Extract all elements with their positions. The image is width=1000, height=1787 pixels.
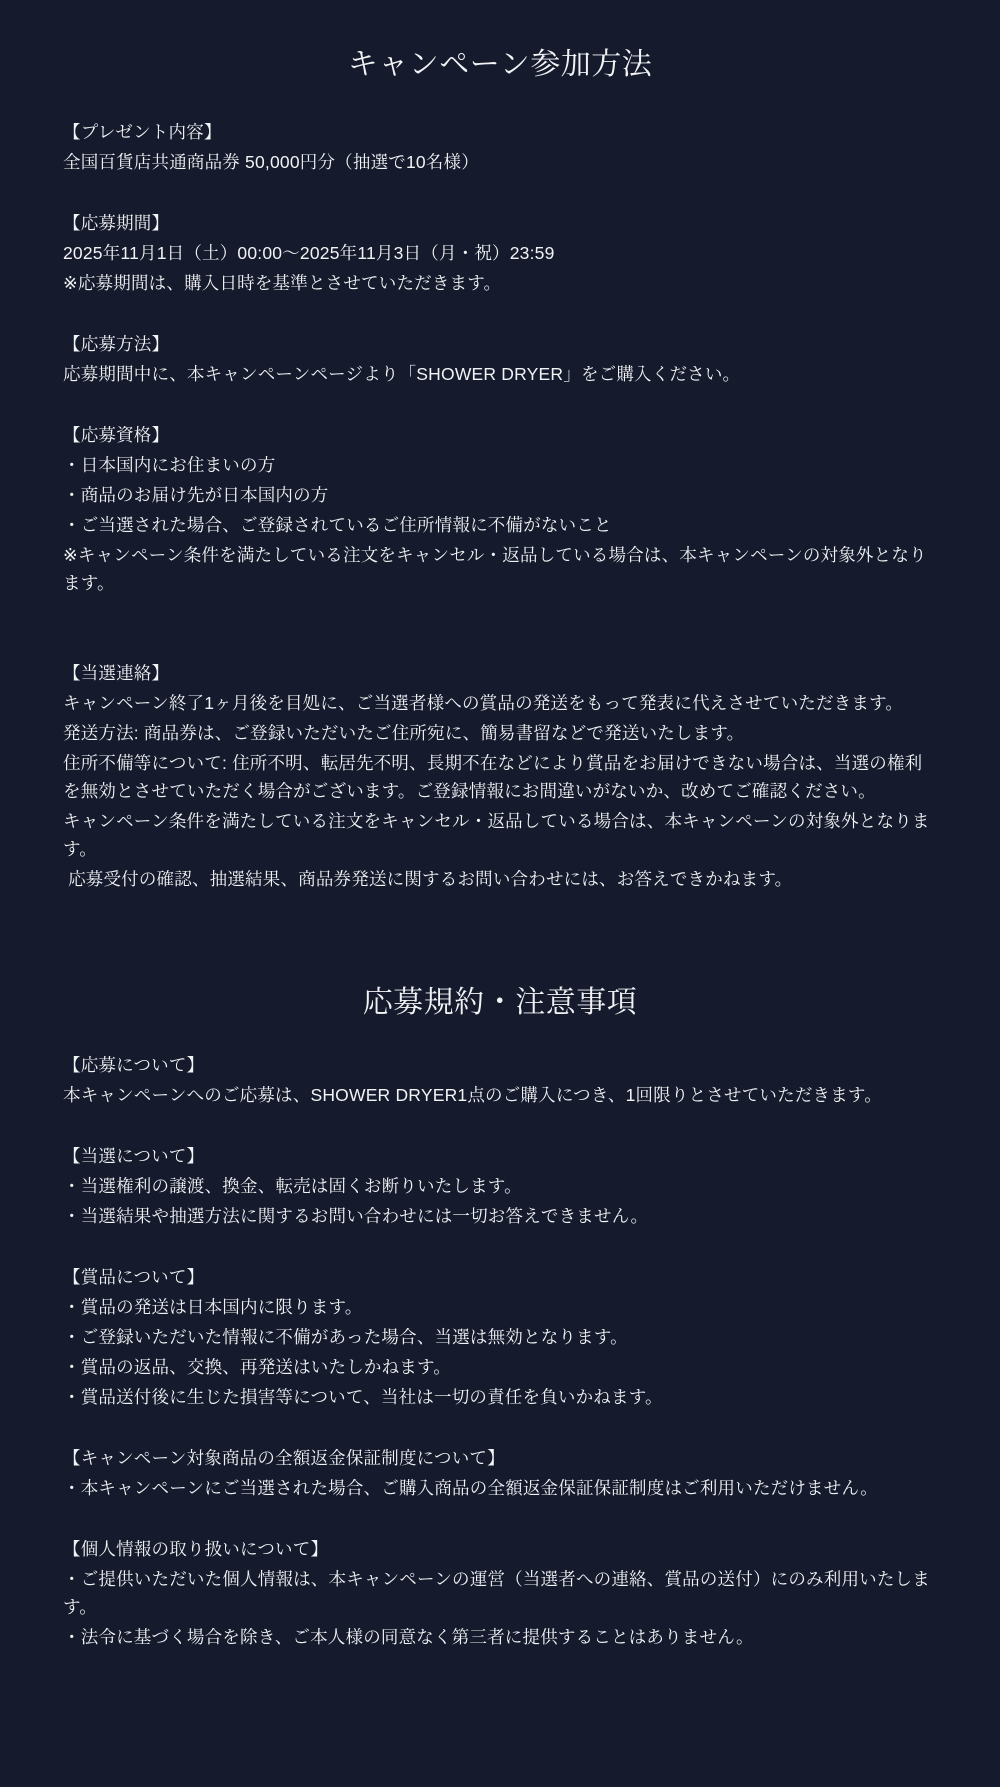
about-entry-block: 【応募について】 本キャンペーンへのご応募は、SHOWER DRYER1点のご購… bbox=[63, 1051, 937, 1109]
about-prize-block: 【賞品について】 ・賞品の発送は日本国内に限ります。 ・ご登録いただいた情報に不… bbox=[63, 1263, 937, 1411]
inquiry-note-text: 応募受付の確認、抽選結果、商品券発送に関するお問い合わせには、お答えできかねます… bbox=[63, 865, 937, 893]
personal-info-block: 【個人情報の取り扱いについて】 ・ご提供いただいた個人情報は、本キャンペーンの運… bbox=[63, 1535, 937, 1651]
campaign-terms-page: キャンペーン参加方法 【プレゼント内容】 全国百貨店共通商品券 50,000円分… bbox=[0, 0, 1000, 1787]
about-entry-heading: 【応募について】 bbox=[63, 1051, 937, 1079]
about-entry-text: 本キャンペーンへのご応募は、SHOWER DRYER1点のご購入につき、1回限り… bbox=[63, 1081, 937, 1109]
about-prize-item: ・賞品の返品、交換、再発送はいたしかねます。 bbox=[63, 1353, 937, 1381]
terms-section-title: 応募規約・注意事項 bbox=[63, 983, 937, 1023]
eligibility-item: ・日本国内にお住まいの方 bbox=[63, 451, 937, 479]
about-winning-item: ・当選権利の譲渡、換金、転売は固くお断りいたします。 bbox=[63, 1172, 937, 1200]
entry-period-note: ※応募期間は、購入日時を基準とさせていただきます。 bbox=[63, 269, 937, 297]
eligibility-item: ・商品のお届け先が日本国内の方 bbox=[63, 481, 937, 509]
refund-guarantee-text: ・本キャンペーンにご当選された場合、ご購入商品の全額返金保証保証制度はご利用いた… bbox=[63, 1474, 937, 1502]
personal-info-heading: 【個人情報の取り扱いについて】 bbox=[63, 1535, 937, 1563]
entry-method-text: 応募期間中に、本キャンペーンページより「SHOWER DRYER」をご購入くださ… bbox=[63, 360, 937, 388]
about-prize-item: ・賞品送付後に生じた損害等について、当社は一切の責任を負いかねます。 bbox=[63, 1383, 937, 1411]
prize-content-block: 【プレゼント内容】 全国百貨店共通商品券 50,000円分（抽選で10名様） bbox=[63, 118, 937, 176]
about-prize-item: ・賞品の発送は日本国内に限ります。 bbox=[63, 1293, 937, 1321]
participation-section-title: キャンペーン参加方法 bbox=[63, 45, 937, 85]
about-winning-heading: 【当選について】 bbox=[63, 1142, 937, 1170]
cancel-return-text: キャンペーン条件を満たしている注文をキャンセル・返品している場合は、本キャンペー… bbox=[63, 807, 937, 863]
personal-info-item: ・法令に基づく場合を除き、ご本人様の同意なく第三者に提供することはありません。 bbox=[63, 1623, 937, 1651]
eligibility-block: 【応募資格】 ・日本国内にお住まいの方 ・商品のお届け先が日本国内の方 ・ご当選… bbox=[63, 421, 937, 597]
eligibility-item: ・ご当選された場合、ご登録されているご住所情報に不備がないこと bbox=[63, 511, 937, 539]
eligibility-note: ※キャンペーン条件を満たしている注文をキャンセル・返品している場合は、本キャンペ… bbox=[63, 541, 937, 597]
address-issue-text: 住所不備等について: 住所不明、転居先不明、長期不在などにより賞品をお届けできな… bbox=[63, 749, 937, 805]
winner-notification-text: キャンペーン終了1ヶ月後を目処に、ご当選者様への賞品の発送をもって発表に代えさせ… bbox=[63, 689, 937, 717]
about-prize-heading: 【賞品について】 bbox=[63, 1263, 937, 1291]
personal-info-item: ・ご提供いただいた個人情報は、本キャンペーンの運営（当選者への連絡、賞品の送付）… bbox=[63, 1565, 937, 1621]
refund-guarantee-block: 【キャンペーン対象商品の全額返金保証制度について】 ・本キャンペーンにご当選され… bbox=[63, 1444, 937, 1502]
entry-method-heading: 【応募方法】 bbox=[63, 330, 937, 358]
entry-period-heading: 【応募期間】 bbox=[63, 209, 937, 237]
entry-period-dates: 2025年11月1日（土）00:00〜2025年11月3日（月・祝）23:59 bbox=[63, 239, 937, 267]
winner-notification-block: 【当選連絡】 キャンペーン終了1ヶ月後を目処に、ご当選者様への賞品の発送をもって… bbox=[63, 659, 937, 893]
entry-method-block: 【応募方法】 応募期間中に、本キャンペーンページより「SHOWER DRYER」… bbox=[63, 330, 937, 388]
prize-content-text: 全国百貨店共通商品券 50,000円分（抽選で10名様） bbox=[63, 148, 937, 176]
refund-guarantee-heading: 【キャンペーン対象商品の全額返金保証制度について】 bbox=[63, 1444, 937, 1472]
entry-period-block: 【応募期間】 2025年11月1日（土）00:00〜2025年11月3日（月・祝… bbox=[63, 209, 937, 297]
about-winning-block: 【当選について】 ・当選権利の譲渡、換金、転売は固くお断りいたします。 ・当選結… bbox=[63, 1142, 937, 1230]
about-winning-item: ・当選結果や抽選方法に関するお問い合わせには一切お答えできません。 bbox=[63, 1202, 937, 1230]
eligibility-heading: 【応募資格】 bbox=[63, 421, 937, 449]
shipping-method-text: 発送方法: 商品券は、ご登録いただいたご住所宛に、簡易書留などで発送いたします。 bbox=[63, 719, 937, 747]
prize-content-heading: 【プレゼント内容】 bbox=[63, 118, 937, 146]
winner-notification-heading: 【当選連絡】 bbox=[63, 659, 937, 687]
about-prize-item: ・ご登録いただいた情報に不備があった場合、当選は無効となります。 bbox=[63, 1323, 937, 1351]
